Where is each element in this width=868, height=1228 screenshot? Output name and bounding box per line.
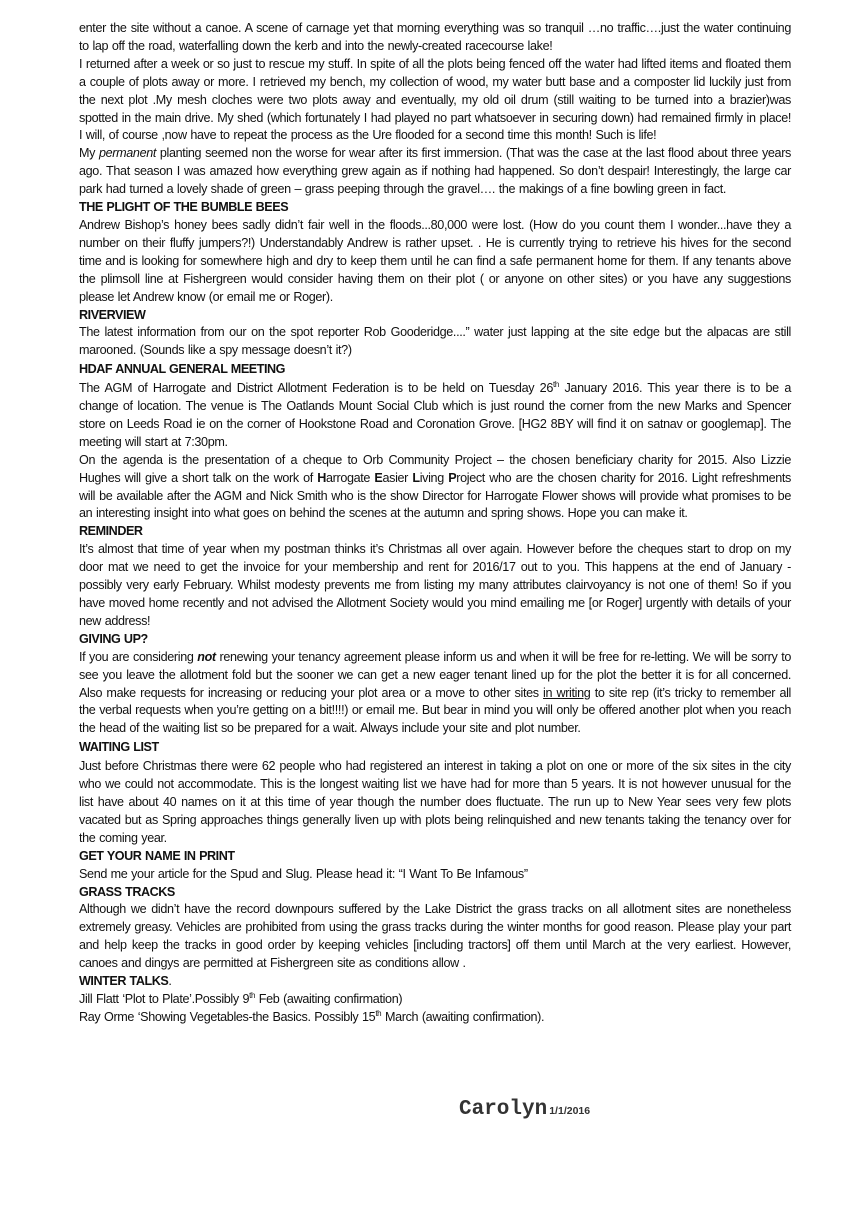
heading-riverview: RIVERVIEW	[79, 307, 791, 325]
newsletter-page: enter the site without a canoe. A scene …	[79, 20, 791, 1027]
heading-winter-talks: WINTER TALKS.	[79, 973, 791, 991]
heading-name-in-print: GET YOUR NAME IN PRINT	[79, 848, 791, 866]
heading-grass-tracks: GRASS TRACKS	[79, 884, 791, 902]
heading-giving-up: GIVING UP?	[79, 631, 791, 649]
winter-talk-2: Ray Orme ‘Showing Vegetables-the Basics.…	[79, 1009, 791, 1027]
emphasis-not: not	[197, 650, 216, 664]
signature: Carolyn1/1/2016	[459, 1098, 590, 1121]
grass-tracks-paragraph: Although we didn’t have the record downp…	[79, 901, 791, 973]
intro-paragraph-2: I returned after a week or so just to re…	[79, 56, 791, 146]
waiting-list-paragraph: Just before Christmas there were 62 peop…	[79, 758, 791, 848]
underline-in-writing: in writing	[543, 686, 590, 700]
intro-paragraph-1: enter the site without a canoe. A scene …	[79, 20, 791, 56]
giving-up-paragraph: If you are considering not renewing your…	[79, 649, 791, 739]
bees-paragraph: Andrew Bishop’s honey bees sadly didn’t …	[79, 217, 791, 307]
emphasis-permanent: permanent	[99, 146, 156, 160]
heading-bumble-bees: THE PLIGHT OF THE BUMBLE BEES	[79, 199, 791, 217]
riverview-paragraph: The latest information from our on the s…	[79, 324, 791, 360]
agm-paragraph-1: The AGM of Harrogate and District Allotm…	[79, 380, 791, 452]
signature-name: Carolyn	[459, 1098, 547, 1121]
signature-date: 1/1/2016	[549, 1105, 590, 1117]
heading-waiting-list: WAITING LIST	[79, 739, 791, 757]
intro-paragraph-3: My permanent planting seemed non the wor…	[79, 145, 791, 199]
reminder-paragraph: It’s almost that time of year when my po…	[79, 541, 791, 631]
winter-talk-1: Jill Flatt ‘Plot to Plate’.Possibly 9th …	[79, 991, 791, 1009]
heading-hdaf-agm: HDAF ANNUAL GENERAL MEETING	[79, 361, 791, 379]
heading-reminder: REMINDER	[79, 523, 791, 541]
agm-paragraph-2: On the agenda is the presentation of a c…	[79, 452, 791, 524]
name-in-print-paragraph: Send me your article for the Spud and Sl…	[79, 866, 791, 884]
